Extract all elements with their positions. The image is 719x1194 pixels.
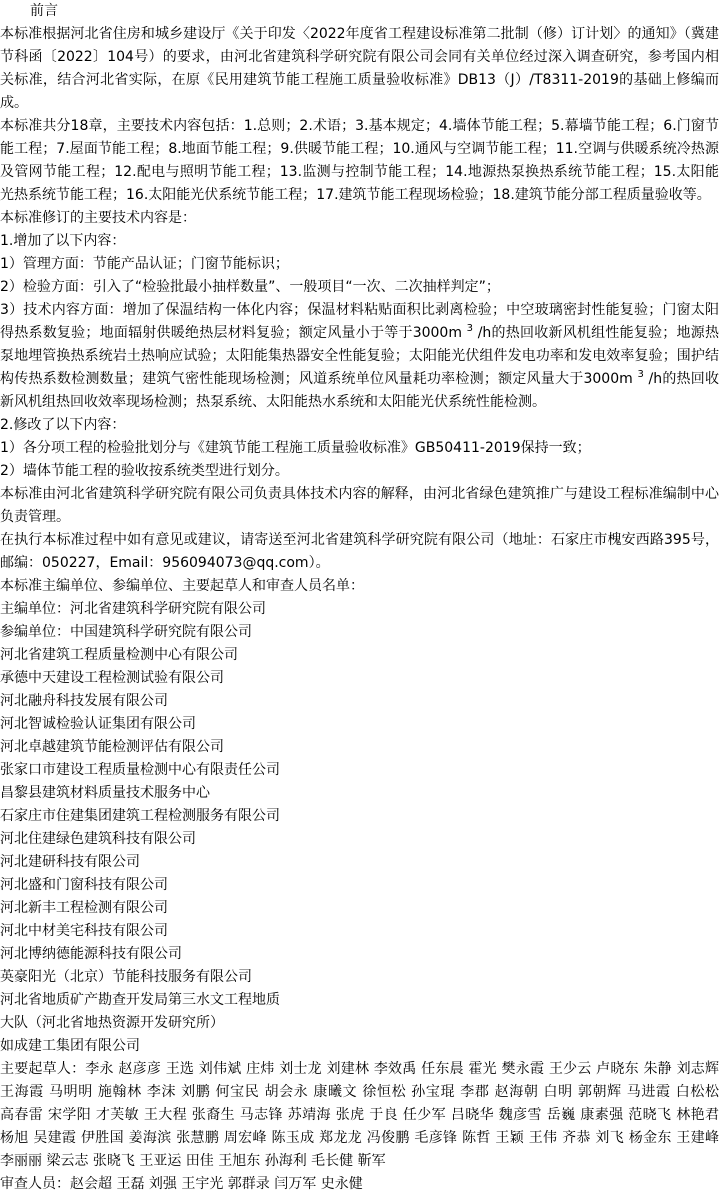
list-intro: 本标准主编单位、参编单位、主要起草人和审查人员名单： (0, 575, 719, 598)
participating-units-list: 河北省建筑工程质量检测中心有限公司 承德中天建设工程检测试验有限公司 河北融舟科… (0, 644, 719, 1058)
drafters-names: 李永 赵彦彦 王选 刘伟斌 庄炜 刘士龙 刘建林 李效禹 任东晨 霍光 樊永霞 … (0, 1061, 719, 1169)
added-item-2: 2）检验方面：引入了“检验批最小抽样数量”、一般项目“一次、二次抽样判定”； (0, 276, 719, 299)
interpretation-paragraph: 本标准由河北省建筑科学研究院有限公司负责具体技术内容的解释，由河北省绿色建筑推广… (0, 483, 719, 529)
preface-title: 前言 (0, 0, 719, 23)
participating-unit: 河北住建绿色建筑科技有限公司 (0, 828, 719, 851)
added-item-1: 1）管理方面：节能产品认证；门窗节能标识； (0, 253, 719, 276)
document-page: 前言 本标准根据河北省住房和城乡建设厅《关于印发〈2022年度省工程建设标准第二… (0, 0, 719, 1194)
reviewers-label: 审查人员： (0, 1176, 70, 1192)
modified-item-1: 1）各分项工程的检验批划分与《建筑节能工程施工质量验收标准》GB50411-20… (0, 437, 719, 460)
participating-unit: 河北盛和门窗科技有限公司 (0, 874, 719, 897)
participating-unit: 河北中材美宅科技有限公司 (0, 920, 719, 943)
drafters-label: 主要起草人： (0, 1061, 85, 1077)
participating-units-label: 参编单位：中国建筑科学研究院有限公司 (0, 621, 719, 644)
participating-unit: 如成建工集团有限公司 (0, 1035, 719, 1058)
added-item-3: 3）技术内容方面：增加了保温结构一体化内容；保温材料粘贴面积比剥离检验；中空玻璃… (0, 299, 719, 414)
participating-unit: 河北卓越建筑节能检测评估有限公司 (0, 736, 719, 759)
reviewers-names: 赵会超 王磊 刘强 王宇光 郭群录 闫万军 史永健 (70, 1176, 363, 1192)
revision-intro: 本标准修订的主要技术内容是： (0, 207, 719, 230)
participating-unit: 张家口市建设工程质量检测中心有限责任公司 (0, 759, 719, 782)
added-heading: 1.增加了以下内容： (0, 230, 719, 253)
feedback-paragraph: 在执行本标准过程中如有意见或建议，请寄送至河北省建筑科学研究院有限公司（地址：石… (0, 529, 719, 575)
participating-unit: 河北博纳德能源科技有限公司 (0, 943, 719, 966)
participating-unit: 石家庄市住建集团建筑工程检测服务有限公司 (0, 805, 719, 828)
participating-unit: 大队（河北省地热资源开发研究所） (0, 1012, 719, 1035)
participating-unit: 承德中天建设工程检测试验有限公司 (0, 667, 719, 690)
participating-unit: 河北智诚检验认证集团有限公司 (0, 713, 719, 736)
drafters-list: 主要起草人：李永 赵彦彦 王选 刘伟斌 庄炜 刘士龙 刘建林 李效禹 任东晨 霍… (0, 1058, 719, 1173)
chapters-paragraph: 本标准共分18章，主要技术内容包括：1.总则；2.术语；3.基本规定；4.墙体节… (0, 115, 719, 207)
participating-unit: 昌黎县建筑材料质量技术服务中心 (0, 782, 719, 805)
participating-unit: 河北融舟科技发展有限公司 (0, 690, 719, 713)
superscript-3: 3 (637, 369, 643, 380)
basis-paragraph: 本标准根据河北省住房和城乡建设厅《关于印发〈2022年度省工程建设标准第二批制（… (0, 23, 719, 115)
modified-heading: 2.修改了以下内容： (0, 414, 719, 437)
participating-unit: 英豪阳光（北京）节能科技服务有限公司 (0, 966, 719, 989)
participating-unit: 河北省建筑工程质量检测中心有限公司 (0, 644, 719, 667)
chief-editor-unit: 主编单位：河北省建筑科学研究院有限公司 (0, 598, 719, 621)
participating-unit: 河北建研科技有限公司 (0, 851, 719, 874)
reviewers-list: 审查人员：赵会超 王磊 刘强 王宇光 郭群录 闫万军 史永健 (0, 1173, 719, 1194)
participating-unit: 河北新丰工程检测有限公司 (0, 897, 719, 920)
modified-item-2: 2）墙体节能工程的验收按系统类型进行划分。 (0, 460, 719, 483)
participating-unit: 河北省地质矿产勘查开发局第三水文工程地质 (0, 989, 719, 1012)
superscript-3: 3 (467, 323, 473, 334)
